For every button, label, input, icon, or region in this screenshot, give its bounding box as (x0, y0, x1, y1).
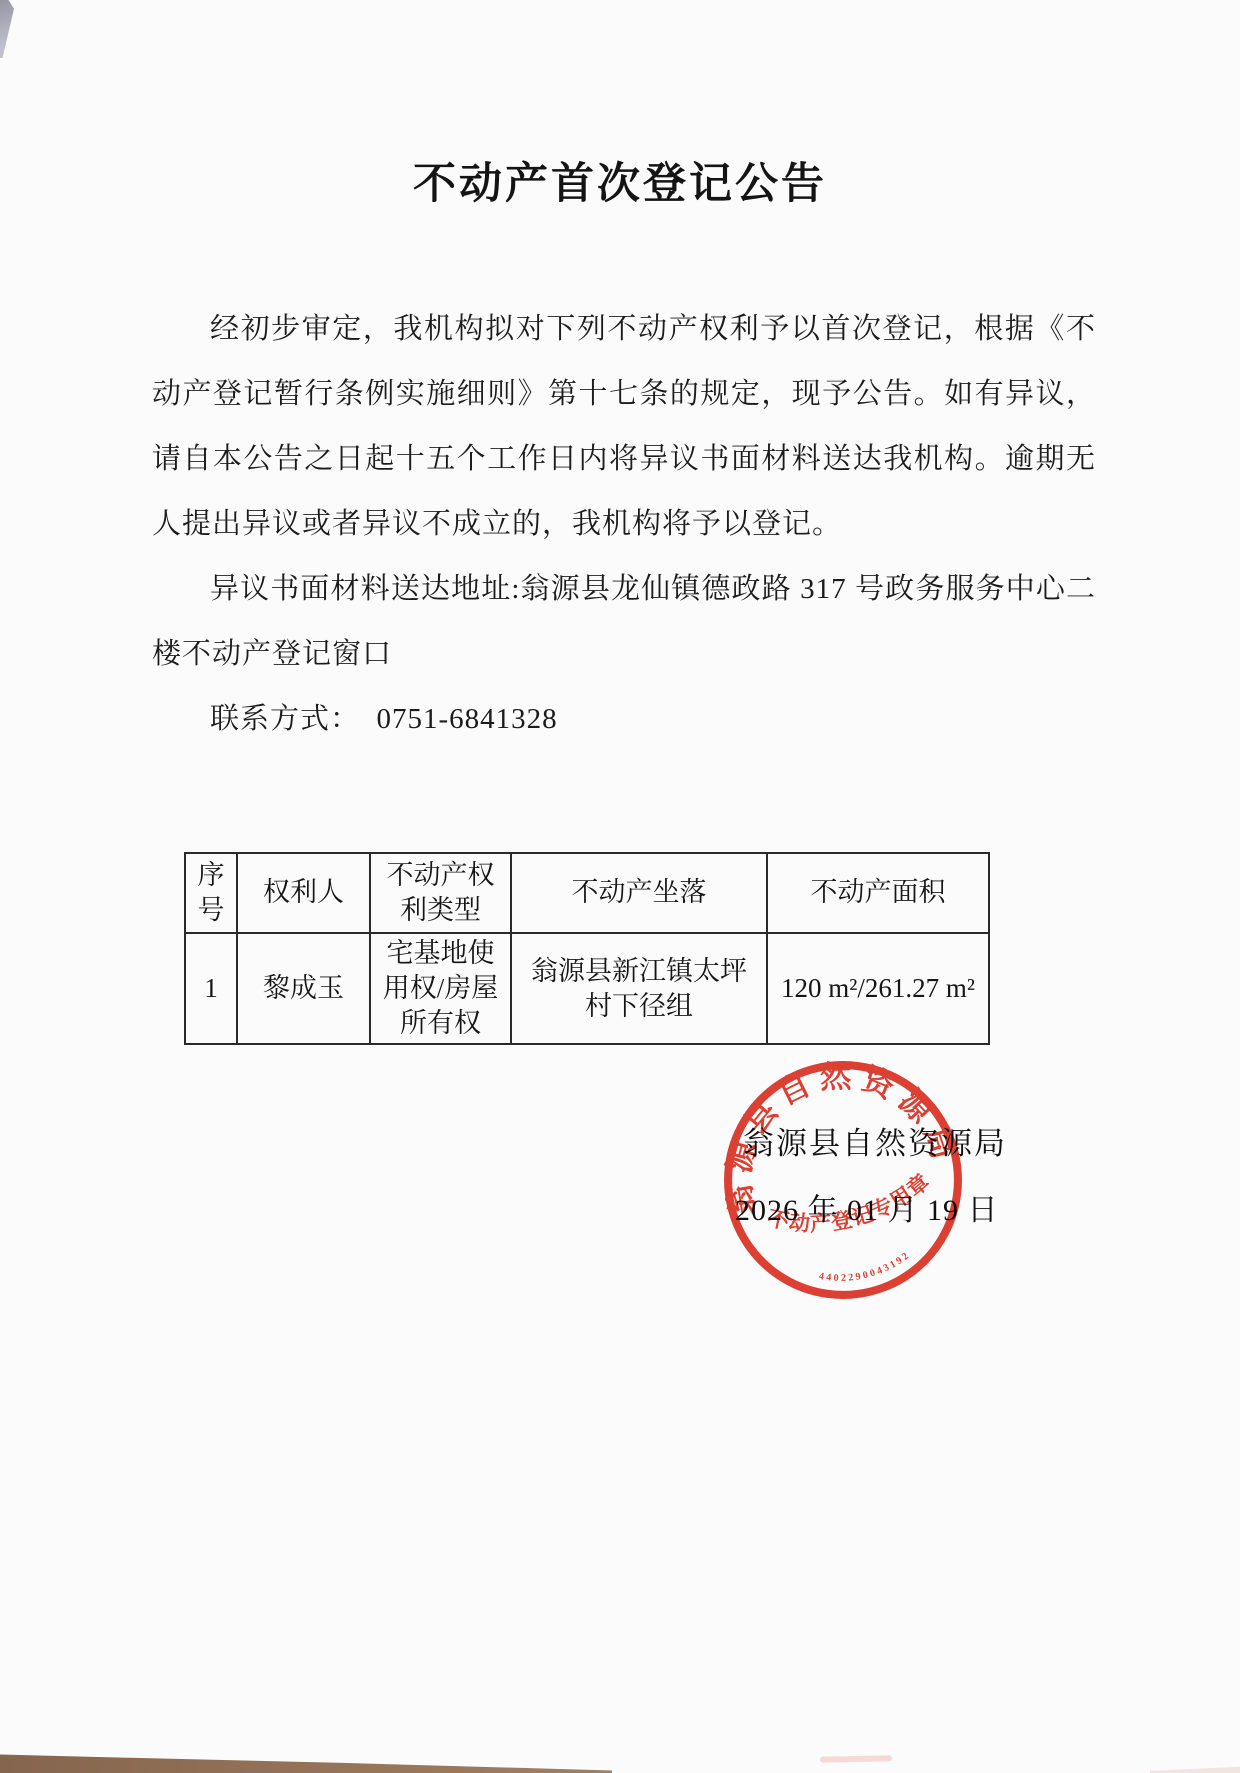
seal-serial-number: 4402290043192 (816, 1248, 916, 1292)
cell-area: 120 m²/261.27 m² (767, 933, 989, 1044)
cell-owner: 黎成玉 (237, 933, 370, 1044)
announcement-body: 经初步审定，我机构拟对下列不动产权利予以首次登记，根据《不动产登记暂行条例实施细… (152, 297, 1096, 752)
announcement-paragraph: 经初步审定，我机构拟对下列不动产权利予以首次登记，根据《不动产登记暂行条例实施细… (152, 297, 1096, 557)
table-header-row: 序号 权利人 不动产权利类型 不动产坐落 不动产面积 (185, 853, 989, 933)
official-seal-stamp: 翁源县自然资源局 不动产登记专用章 4402290043192 (693, 1030, 994, 1331)
scan-edge-bottom (0, 1752, 612, 1773)
cell-right-type: 宅基地使用权/房屋所有权 (370, 933, 511, 1044)
address-paragraph: 异议书面材料送达地址:翁源县龙仙镇德政路 317 号政务服务中心二楼不动产登记窗… (152, 557, 1096, 687)
header-seq: 序号 (185, 853, 237, 933)
header-right-type: 不动产权利类型 (370, 853, 511, 933)
svg-text:4402290043192: 4402290043192 (816, 1248, 916, 1292)
contact-paragraph: 联系方式： 0751-6841328 (152, 687, 1096, 752)
header-owner: 权利人 (237, 853, 370, 933)
scan-corner-pink (1150, 1766, 1240, 1773)
seal-bottom-text: 不动产登记专用章 (760, 1166, 940, 1252)
cell-location: 翁源县新江镇太坪村下径组 (511, 933, 767, 1044)
table-row: 1 黎成玉 宅基地使用权/房屋所有权 翁源县新江镇太坪村下径组 120 m²/2… (185, 933, 989, 1044)
scan-smudge-pink (820, 1755, 892, 1762)
svg-text:不动产登记专用章: 不动产登记专用章 (760, 1166, 940, 1252)
header-area: 不动产面积 (767, 853, 989, 933)
registration-table: 序号 权利人 不动产权利类型 不动产坐落 不动产面积 1 黎成玉 宅基地使用权/… (184, 852, 990, 1045)
cell-seq: 1 (185, 933, 237, 1044)
header-location: 不动产坐落 (511, 853, 767, 933)
document-page: 不动产首次登记公告 经初步审定，我机构拟对下列不动产权利予以首次登记，根据《不动… (0, 0, 1240, 1773)
page-title: 不动产首次登记公告 (0, 150, 1240, 211)
scan-mark-top-left (0, 0, 14, 58)
